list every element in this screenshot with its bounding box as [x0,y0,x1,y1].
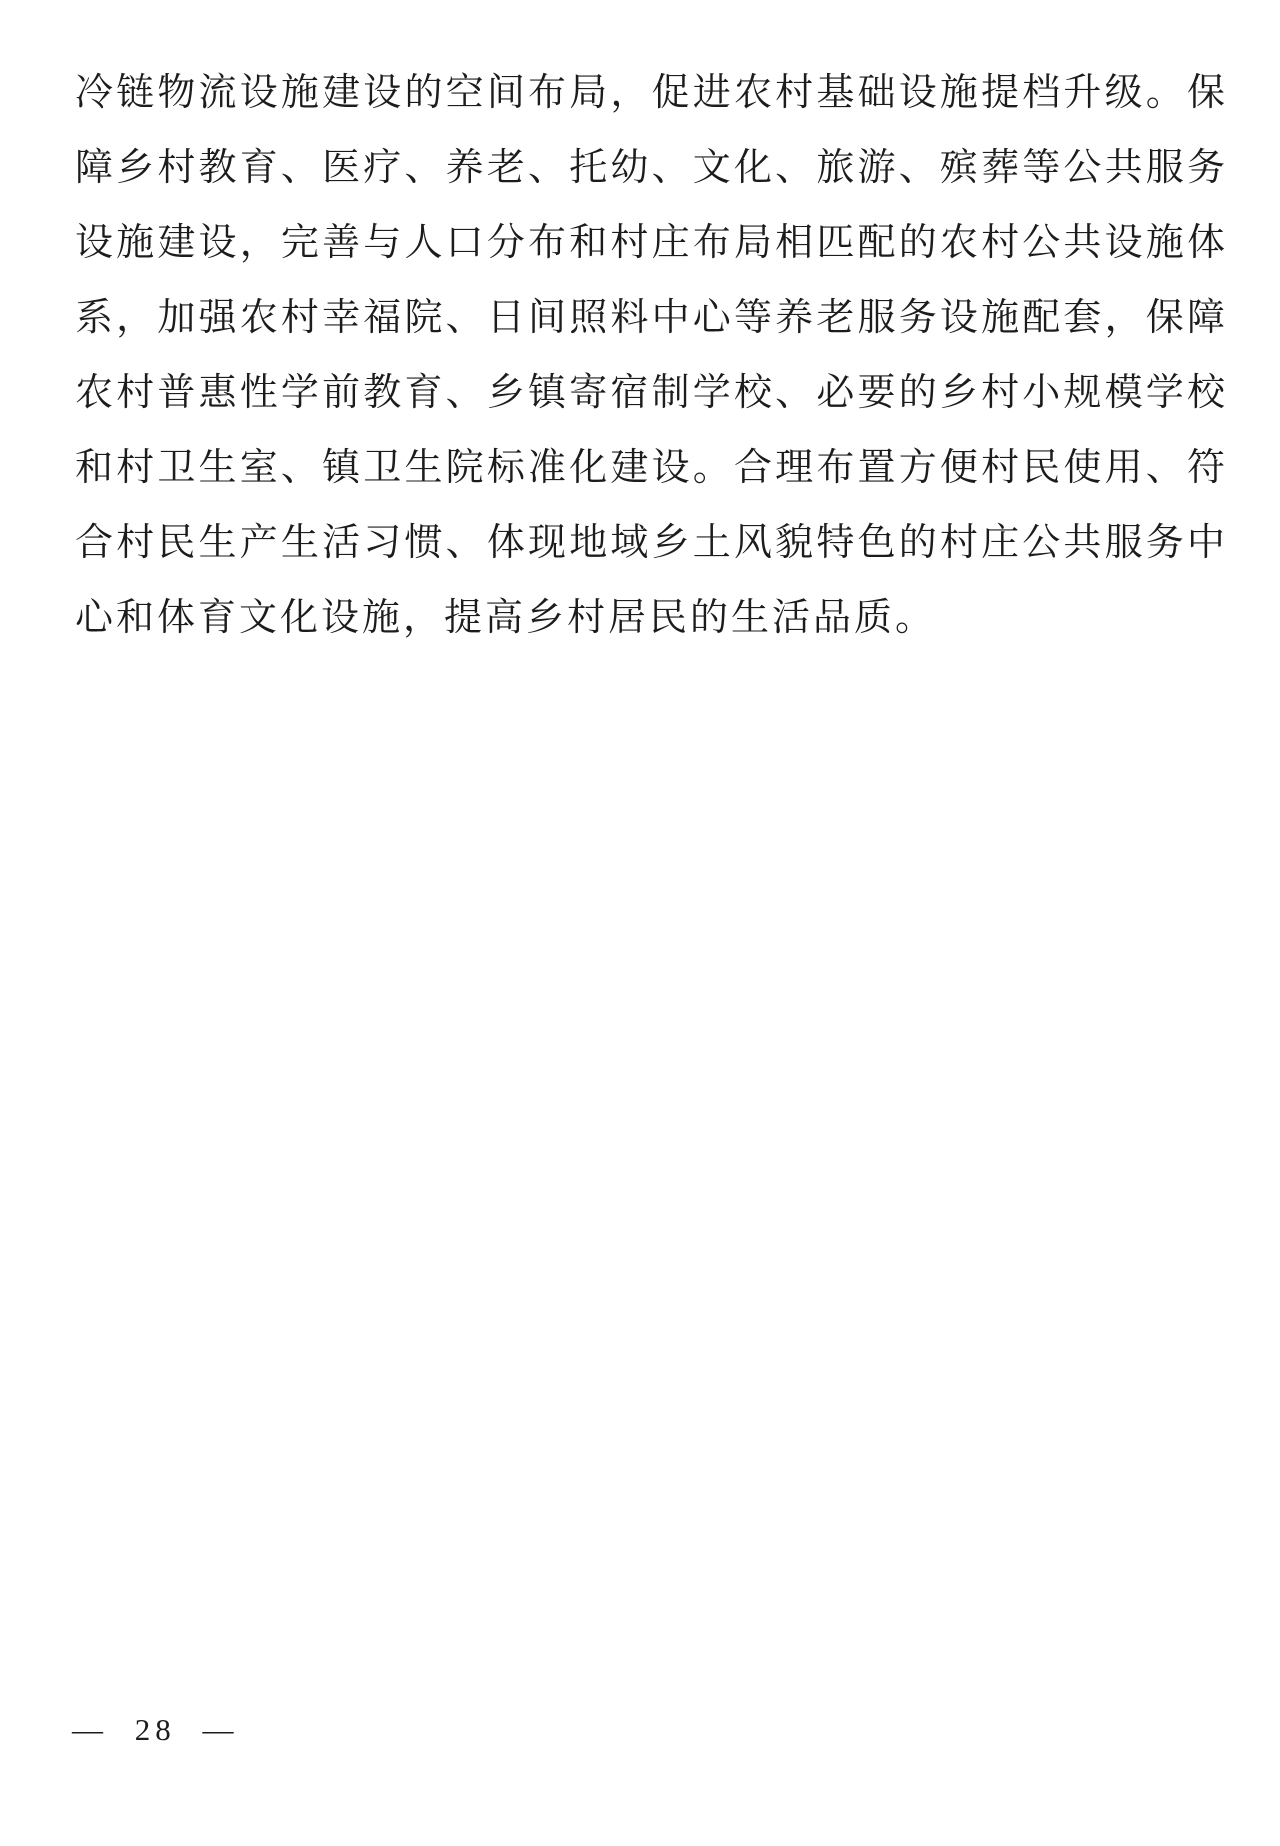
text-line: 农村普惠性学前教育、乡镇寄宿制学校、必要的乡村小规模学校 [75,356,1227,431]
document-page: 冷链物流设施建设的空间布局，促进农村基础设施提档升级。保 障乡村教育、医疗、养老… [0,0,1280,1846]
text-line: 障乡村教育、医疗、养老、托幼、文化、旅游、殡葬等公共服务 [75,131,1227,206]
text-line: 设施建设，完善与人口分布和村庄布局相匹配的农村公共设施体 [75,206,1227,281]
text-line: 系，加强农村幸福院、日间照料中心等养老服务设施配套，保障 [75,281,1227,356]
page-number: — 28 — [72,1712,239,1747]
text-line: 冷链物流设施建设的空间布局，促进农村基础设施提档升级。保 [75,56,1227,131]
paragraph: 冷链物流设施建设的空间布局，促进农村基础设施提档升级。保 障乡村教育、医疗、养老… [75,56,1227,656]
text-line: 合村民生产生活习惯、体现地域乡土风貌特色的村庄公共服务中 [75,506,1227,581]
page-footer: — 28 — [72,1706,239,1754]
text-line: 心和体育文化设施，提高乡村居民的生活品质。 [75,581,1227,656]
text-line: 和村卫生室、镇卫生院标准化建设。合理布置方便村民使用、符 [75,431,1227,506]
